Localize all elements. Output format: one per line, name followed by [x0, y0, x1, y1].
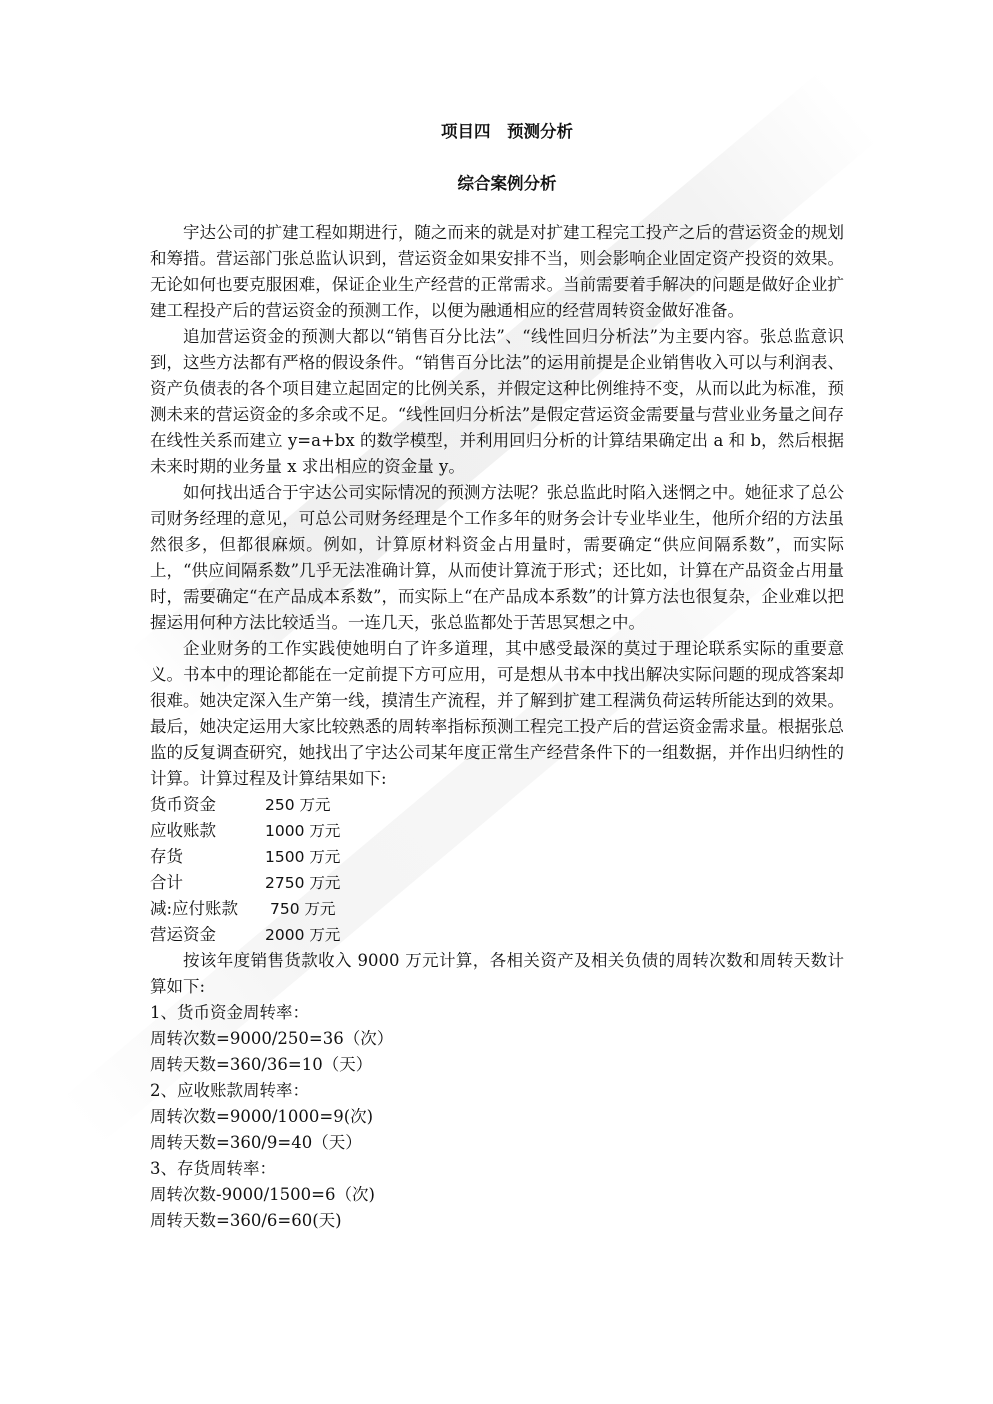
- document-body: 项目四 预测分析 综合案例分析 宇达公司的扩建工程如期进行，随之而来的就是对扩建…: [150, 118, 844, 1234]
- paragraph: 追加营运资金的预测大都以“销售百分比法”、“线性回归分析法”为主要内容。张总监意…: [150, 324, 844, 480]
- calc-line: 周转天数=360/9=40（天）: [150, 1130, 844, 1156]
- data-row-working-capital: 营运资金 2000 万元: [150, 922, 844, 948]
- data-label: 营运资金: [150, 922, 265, 948]
- data-row-receivables: 应收账款 1000 万元: [150, 818, 844, 844]
- data-value: 2750 万元: [265, 870, 340, 896]
- paragraph: 宇达公司的扩建工程如期进行，随之而来的就是对扩建工程完工投产之后的营运资金的规划…: [150, 220, 844, 324]
- data-label: 减:应付账款: [150, 896, 265, 922]
- data-row-inventory: 存货 1500 万元: [150, 844, 844, 870]
- data-row-cash: 货币资金 250 万元: [150, 792, 844, 818]
- calc-line: 周转天数=360/6=60(天): [150, 1208, 844, 1234]
- data-label: 货币资金: [150, 792, 265, 818]
- data-value: 1000 万元: [265, 818, 340, 844]
- calc-heading: 3、存货周转率：: [150, 1156, 844, 1182]
- calc-heading: 2、应收账款周转率：: [150, 1078, 844, 1104]
- calc-heading: 1、货币资金周转率：: [150, 1000, 844, 1026]
- turnover-calculations: 1、货币资金周转率： 周转次数=9000/250=36（次） 周转天数=360/…: [150, 1000, 844, 1234]
- data-row-payables: 减:应付账款 750 万元: [150, 896, 844, 922]
- data-value: 1500 万元: [265, 844, 340, 870]
- data-label: 存货: [150, 844, 265, 870]
- paragraph: 按该年度销售货款收入 9000 万元计算，各相关资产及相关负债的周转次数和周转天…: [150, 948, 844, 1000]
- page-title: 项目四 预测分析: [150, 118, 844, 146]
- data-label: 应收账款: [150, 818, 265, 844]
- working-capital-list: 货币资金 250 万元 应收账款 1000 万元 存货 1500 万元 合计 2…: [150, 792, 844, 948]
- data-value: 250 万元: [265, 792, 331, 818]
- paragraph: 如何找出适合于宇达公司实际情况的预测方法呢？张总监此时陷入迷惘之中。她征求了总公…: [150, 480, 844, 636]
- data-label: 合计: [150, 870, 265, 896]
- calc-line: 周转天数=360/36=10（天）: [150, 1052, 844, 1078]
- section-title: 综合案例分析: [150, 170, 844, 198]
- data-value: 750 万元: [265, 896, 336, 922]
- paragraph: 企业财务的工作实践使她明白了许多道理，其中感受最深的莫过于理论联系实际的重要意义…: [150, 636, 844, 792]
- calc-line: 周转次数=9000/1000=9(次): [150, 1104, 844, 1130]
- calc-line: 周转次数-9000/1500=6（次): [150, 1182, 844, 1208]
- data-value: 2000 万元: [265, 922, 340, 948]
- document-page: 项目四 预测分析 综合案例分析 宇达公司的扩建工程如期进行，随之而来的就是对扩建…: [0, 0, 993, 1404]
- calc-line: 周转次数=9000/250=36（次）: [150, 1026, 844, 1052]
- data-row-total: 合计 2750 万元: [150, 870, 844, 896]
